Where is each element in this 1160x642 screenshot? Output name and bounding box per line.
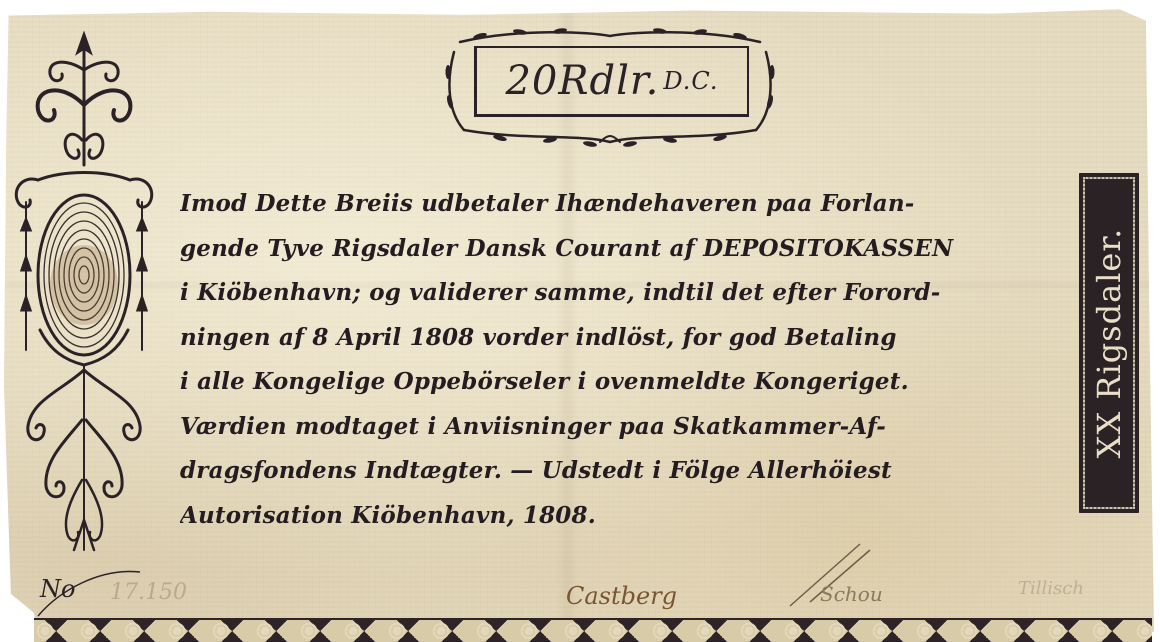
text-line-2: gende Tyve Rigsdaler Dansk Courant af DE…: [180, 227, 1080, 272]
number-flourish: [30, 560, 150, 620]
denomination-unit: Rdlr.: [558, 58, 659, 104]
text-line-8: Autorisation Kiöbenhavn, 1808.: [180, 494, 1080, 539]
denomination-side-band: XX Rigsdaler.: [1079, 173, 1139, 513]
denomination-suffix: D.C.: [663, 67, 718, 95]
denomination-cartouche: 20 Rdlr. D.C.: [474, 46, 749, 117]
text-line-5: i alle Kongelige Oppebörseler i ovenmeld…: [180, 360, 1080, 405]
denomination-value: 20: [505, 58, 558, 104]
signature-1: Castberg: [566, 582, 677, 610]
text-line-3: i Kiöbenhavn; og validerer samme, indtil…: [180, 271, 1080, 316]
bottom-floral-border: [34, 618, 1152, 642]
text-line-1: Imod Dette Breiis udbetaler Ihændehavere…: [180, 182, 1080, 227]
text-line-7: dragsfondens Indtægter. — Udstedt i Fölg…: [180, 449, 1080, 494]
vertical-ornament: [4, 30, 164, 570]
side-band-text: XX Rigsdaler.: [1090, 228, 1128, 459]
text-line-6: Værdien modtaget i Anviisninger paa Skat…: [180, 405, 1080, 450]
signature-3: Tillisch: [1018, 578, 1084, 599]
promissory-text: Imod Dette Breiis udbetaler Ihændehavere…: [180, 182, 1080, 538]
text-line-4: ningen af 8 April 1808 vorder indlöst, f…: [180, 316, 1080, 361]
signature-2: Schou: [820, 582, 883, 606]
